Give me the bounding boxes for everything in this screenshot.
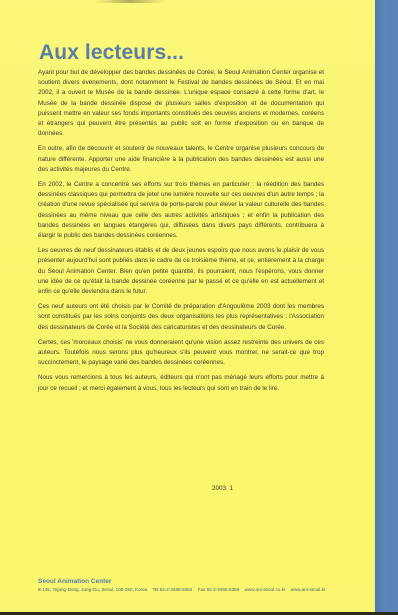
footer-contact: 8-145, Yejang-Dong, Jung-Gu, Seoul, 100-… [38,586,358,593]
paragraph-selection: Ces neuf auteurs ont été choisis par le … [38,302,324,333]
footer-organization: Seoul Animation Center [38,578,358,586]
footer-website-2[interactable]: www.ani-seoul.kr [291,587,326,592]
paragraph-talents: En outre, afin de découvrir et soutenir … [38,144,324,175]
footer-fax: Fax 82-2-3455-8359 [198,587,240,592]
paragraph-intro: Ayant pour but de développer des bandes … [38,68,324,139]
footer-address: 8-145, Yejang-Dong, Jung-Gu, Seoul, 100-… [38,587,147,592]
paragraph-excerpts: Certes, ces 'morceaux choisis' ne vous d… [38,338,324,369]
footer-tel: Tel 82-2-3455-8352 [153,587,193,592]
paragraph-artists: Les oeuvres de neuf dessinateurs établis… [38,246,324,297]
blue-edge-strip [375,0,398,612]
article-body: Ayant pour but de développer des bandes … [38,68,324,399]
document-page: Aux lecteurs... Ayant pour but de dévelo… [0,0,375,612]
page-title: Aux lecteurs... [39,41,184,65]
paragraph-themes-2002: En 2002, le Centre a concentré ses effor… [38,180,324,241]
scan-smudge [95,0,165,3]
publication-date: 2003. 1 [212,485,233,492]
footer-website-1[interactable]: www.ani-seoul.co.kr [245,587,286,592]
paragraph-thanks: Nous vous remercions à tous les auteurs,… [38,373,324,393]
footer: Seoul Animation Center 8-145, Yejang-Don… [38,578,358,593]
